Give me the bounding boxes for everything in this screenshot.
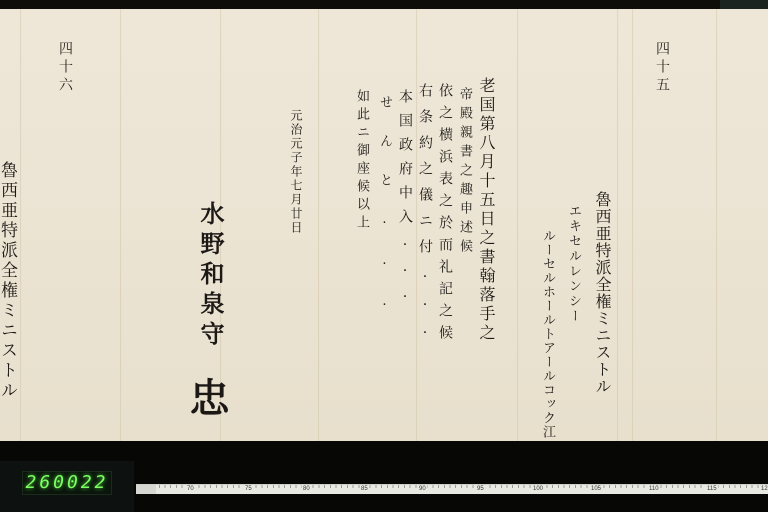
body-column: 依之横浜表之於而礼記之候	[438, 83, 452, 347]
addressee-line-2: エキセルレンシー	[567, 204, 580, 324]
ruler-tick: 95	[476, 485, 485, 494]
fold-line	[318, 9, 320, 441]
ruler-tick: 110	[648, 485, 660, 494]
ruler-tick: 75	[244, 485, 253, 494]
fold-line	[517, 9, 519, 441]
body-column: 如此ニ御座候以上	[355, 89, 368, 233]
body-column: 本国政府中入...	[398, 89, 412, 311]
scan-bottom-area: 260022 70 75 80 85 90 95 100 105 110 115…	[0, 441, 768, 512]
document-paper: 四十五 四十六 魯西亜特派全権ミニストル エキセルレンシー ルーセルホールトアー…	[0, 9, 768, 441]
ruler-start	[136, 485, 156, 494]
fold-line	[632, 9, 634, 441]
ruler-tick: 105	[590, 485, 602, 494]
body-column: せんと...	[378, 95, 391, 335]
document-date: 元治元子年七月廿日	[290, 109, 302, 235]
fold-line	[120, 9, 122, 441]
body-column: 老国第八月十五日之書翰落手之	[478, 77, 494, 343]
scan-top-border	[0, 0, 768, 9]
ruler-tick: 12	[760, 485, 768, 494]
signatory-name: 水野和泉守	[198, 201, 222, 351]
frame-counter-display: 260022	[22, 471, 112, 495]
ruler-tick: 85	[360, 485, 369, 494]
kao-seal-mark: 忠	[186, 377, 226, 417]
page-number-right: 四十五	[655, 41, 669, 95]
frame-counter-panel: 260022	[0, 461, 134, 512]
body-column: 帝殿親書之趣申述候	[458, 87, 471, 258]
ruler-tick: 100	[532, 485, 544, 494]
addressee-line-3: ルーセルホールトアールコック江	[541, 229, 554, 439]
ruler-tick: 90	[418, 485, 427, 494]
body-column: 右条約之儀ニ付...	[418, 83, 432, 349]
measurement-ruler: 70 75 80 85 90 95 100 105 110 115 12	[136, 484, 768, 494]
ruler-tick: 70	[186, 485, 195, 494]
ruler-tick: 115	[706, 485, 718, 494]
page-number-left: 四十六	[58, 41, 72, 95]
fold-line	[716, 9, 718, 441]
addressee-line-1: 魯西亜特派全権ミニストル	[594, 191, 610, 395]
fold-line	[20, 9, 22, 441]
fold-line	[617, 9, 619, 441]
left-page-fragment: 魯西亜特派全権ミニストル	[0, 161, 15, 401]
ruler-tick: 80	[302, 485, 311, 494]
